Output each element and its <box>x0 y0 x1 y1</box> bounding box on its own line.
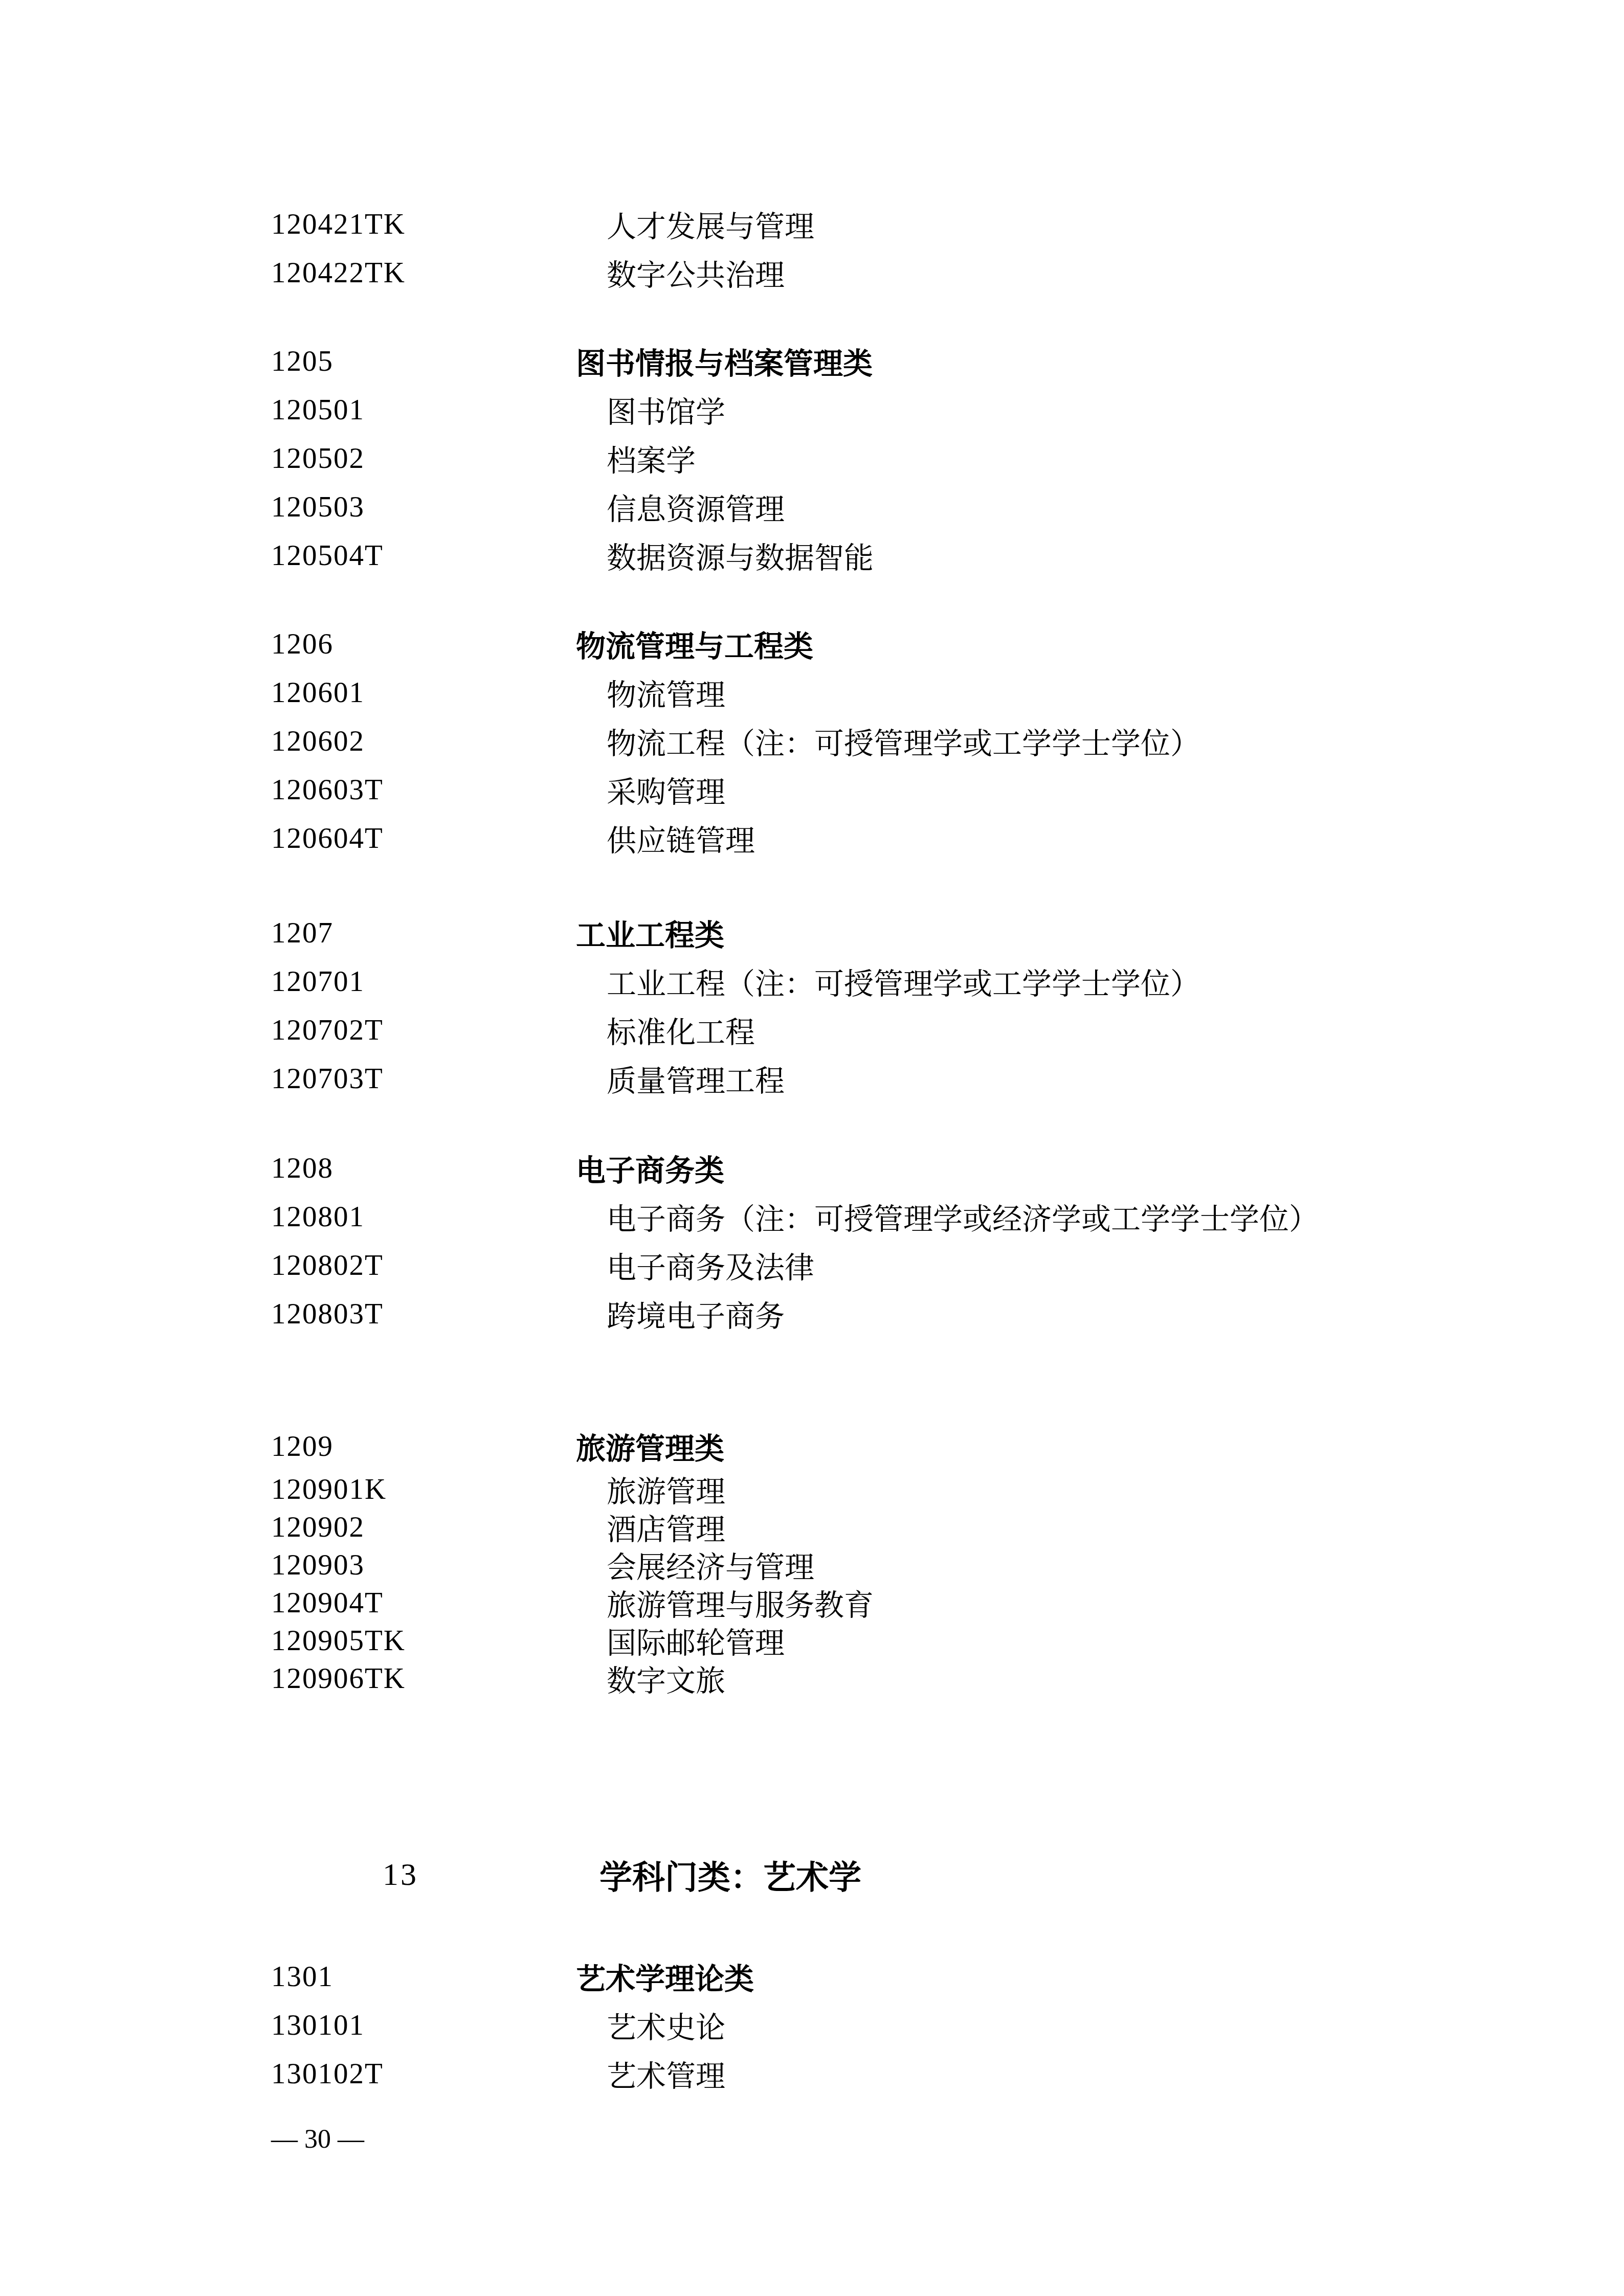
major-code: 120421TK <box>271 207 406 240</box>
major-row: 120906TK数字文旅 <box>0 1659 1624 1697</box>
major-code: 120902 <box>271 1511 365 1544</box>
major-name: 旅游管理与服务教育 <box>607 1581 874 1624</box>
major-code: 120803T <box>271 1297 384 1330</box>
major-code: 120904T <box>271 1586 384 1619</box>
major-category-section: 1208电子商务类120801电子商务（注：可授管理学或经济学或工学学士学位）1… <box>0 1143 1624 1338</box>
page-footer: — 30 — <box>271 2117 364 2161</box>
major-name: 艺术管理 <box>607 2052 725 2095</box>
major-row: 120702T标准化工程 <box>0 1005 1624 1054</box>
major-code: 120603T <box>271 773 384 806</box>
major-code: 120601 <box>271 676 365 709</box>
major-name: 酒店管理 <box>607 1505 725 1548</box>
major-name: 人才发展与管理 <box>607 202 814 245</box>
major-name: 供应链管理 <box>607 817 755 860</box>
major-row: 120602物流工程（注：可授管理学或工学学士学位） <box>0 716 1624 765</box>
major-row: 120504T数据资源与数据智能 <box>0 531 1624 579</box>
major-category-section: 1209旅游管理类120901K旅游管理120902酒店管理120903会展经济… <box>0 1422 1624 1697</box>
major-row: 120803T跨境电子商务 <box>0 1289 1624 1338</box>
category-title: 艺术学理论类 <box>576 1955 754 1998</box>
major-name: 旅游管理 <box>607 1468 725 1511</box>
major-name: 图书馆学 <box>607 388 725 431</box>
major-category-section: 1205图书情报与档案管理类120501图书馆学120502档案学120503信… <box>0 336 1624 579</box>
major-code: 120901K <box>271 1473 387 1506</box>
major-name: 档案学 <box>607 437 696 480</box>
major-code: 120501 <box>271 393 365 426</box>
major-code: 120903 <box>271 1548 365 1582</box>
major-row: 120905TK国际邮轮管理 <box>0 1622 1624 1659</box>
category-code: 1208 <box>271 1151 333 1184</box>
major-code: 120502 <box>271 441 365 475</box>
major-row: 120703T质量管理工程 <box>0 1054 1624 1102</box>
major-row: 120503信息资源管理 <box>0 482 1624 531</box>
category-title: 旅游管理类 <box>576 1425 724 1468</box>
major-code: 120503 <box>271 490 365 523</box>
major-name: 电子商务及法律 <box>607 1244 814 1287</box>
category-title: 工业工程类 <box>576 911 724 954</box>
category-row: 1207工业工程类 <box>0 908 1624 957</box>
major-name: 信息资源管理 <box>607 485 785 528</box>
category-row: 1205图书情报与档案管理类 <box>0 336 1624 385</box>
category-code: 1301 <box>271 1960 333 1993</box>
major-category-section: 1207工业工程类120701工业工程（注：可授管理学或工学学士学位）12070… <box>0 908 1624 1102</box>
major-name: 艺术史论 <box>607 2004 725 2046</box>
major-row: 120802T电子商务及法律 <box>0 1241 1624 1289</box>
major-row: 120903会展经济与管理 <box>0 1546 1624 1584</box>
major-name: 数字文旅 <box>607 1657 725 1700</box>
major-name: 工业工程（注：可授管理学或工学学士学位） <box>607 960 1200 1003</box>
major-category-section: 1301艺术学理论类130101艺术史论130102T艺术管理 <box>0 1952 1624 2098</box>
category-row: 1206物流管理与工程类 <box>0 619 1624 668</box>
major-code: 130101 <box>271 2008 365 2041</box>
major-row: 120904T旅游管理与服务教育 <box>0 1584 1624 1622</box>
major-name: 会展经济与管理 <box>607 1543 814 1586</box>
major-name: 物流工程（注：可授管理学或工学学士学位） <box>607 719 1200 762</box>
major-name: 跨境电子商务 <box>607 1292 785 1335</box>
major-row: 120902酒店管理 <box>0 1508 1624 1546</box>
major-row: 120604T供应链管理 <box>0 814 1624 862</box>
category-code: 1205 <box>271 344 333 377</box>
major-name: 国际邮轮管理 <box>607 1619 785 1662</box>
category-title: 电子商务类 <box>576 1146 724 1189</box>
category-code: 1209 <box>271 1429 333 1462</box>
major-name: 数据资源与数据智能 <box>607 534 874 577</box>
major-code: 120504T <box>271 538 384 572</box>
category-row: 1301艺术学理论类 <box>0 1952 1624 2000</box>
category-row: 1209旅游管理类 <box>0 1422 1624 1470</box>
major-code: 120701 <box>271 964 365 998</box>
major-row: 120422TK数字公共治理 <box>0 248 1624 297</box>
category-title: 图书情报与档案管理类 <box>576 340 873 382</box>
major-code: 120906TK <box>271 1662 406 1695</box>
major-code: 120602 <box>271 724 365 757</box>
major-row: 120601物流管理 <box>0 668 1624 716</box>
major-code: 120801 <box>271 1200 365 1233</box>
items-group: 120421TK人才发展与管理120422TK数字公共治理 <box>0 199 1624 297</box>
major-name: 数字公共治理 <box>607 251 785 294</box>
division-title: 学科门类：艺术学 <box>599 1851 861 1898</box>
major-name: 物流管理 <box>607 671 725 714</box>
major-row: 120501图书馆学 <box>0 385 1624 434</box>
major-row: 120421TK人才发展与管理 <box>0 199 1624 248</box>
category-row: 1208电子商务类 <box>0 1143 1624 1192</box>
major-code: 120905TK <box>271 1624 406 1657</box>
discipline-division: 13学科门类：艺术学 <box>0 1847 1624 1903</box>
major-row: 130102T艺术管理 <box>0 2049 1624 2098</box>
major-code: 120802T <box>271 1248 384 1281</box>
major-name: 电子商务（注：可授管理学或经济学或工学学士学位） <box>607 1195 1319 1238</box>
page-number: — 30 — <box>271 2124 364 2154</box>
major-row: 120701工业工程（注：可授管理学或工学学士学位） <box>0 957 1624 1005</box>
major-row: 120603T采购管理 <box>0 765 1624 814</box>
major-name: 质量管理工程 <box>607 1057 785 1100</box>
major-code: 130102T <box>271 2057 384 2090</box>
major-code: 120702T <box>271 1013 384 1046</box>
category-code: 1206 <box>271 627 333 660</box>
major-name: 标准化工程 <box>607 1008 755 1051</box>
major-code: 120604T <box>271 821 384 854</box>
major-row: 120901K旅游管理 <box>0 1470 1624 1508</box>
catalog-list: 120421TK人才发展与管理120422TK数字公共治理1205图书情报与档案… <box>0 0 1624 2098</box>
category-title: 物流管理与工程类 <box>576 622 813 665</box>
major-category-section: 1206物流管理与工程类120601物流管理120602物流工程（注：可授管理学… <box>0 619 1624 862</box>
major-code: 120422TK <box>271 256 406 289</box>
major-row: 120502档案学 <box>0 434 1624 482</box>
major-name: 采购管理 <box>607 768 725 811</box>
division-code: 13 <box>383 1857 418 1893</box>
major-row: 120801电子商务（注：可授管理学或经济学或工学学士学位） <box>0 1192 1624 1241</box>
major-code: 120703T <box>271 1062 384 1095</box>
category-code: 1207 <box>271 916 333 949</box>
document-page: 120421TK人才发展与管理120422TK数字公共治理1205图书情报与档案… <box>0 0 1624 2296</box>
major-row: 130101艺术史论 <box>0 2000 1624 2049</box>
